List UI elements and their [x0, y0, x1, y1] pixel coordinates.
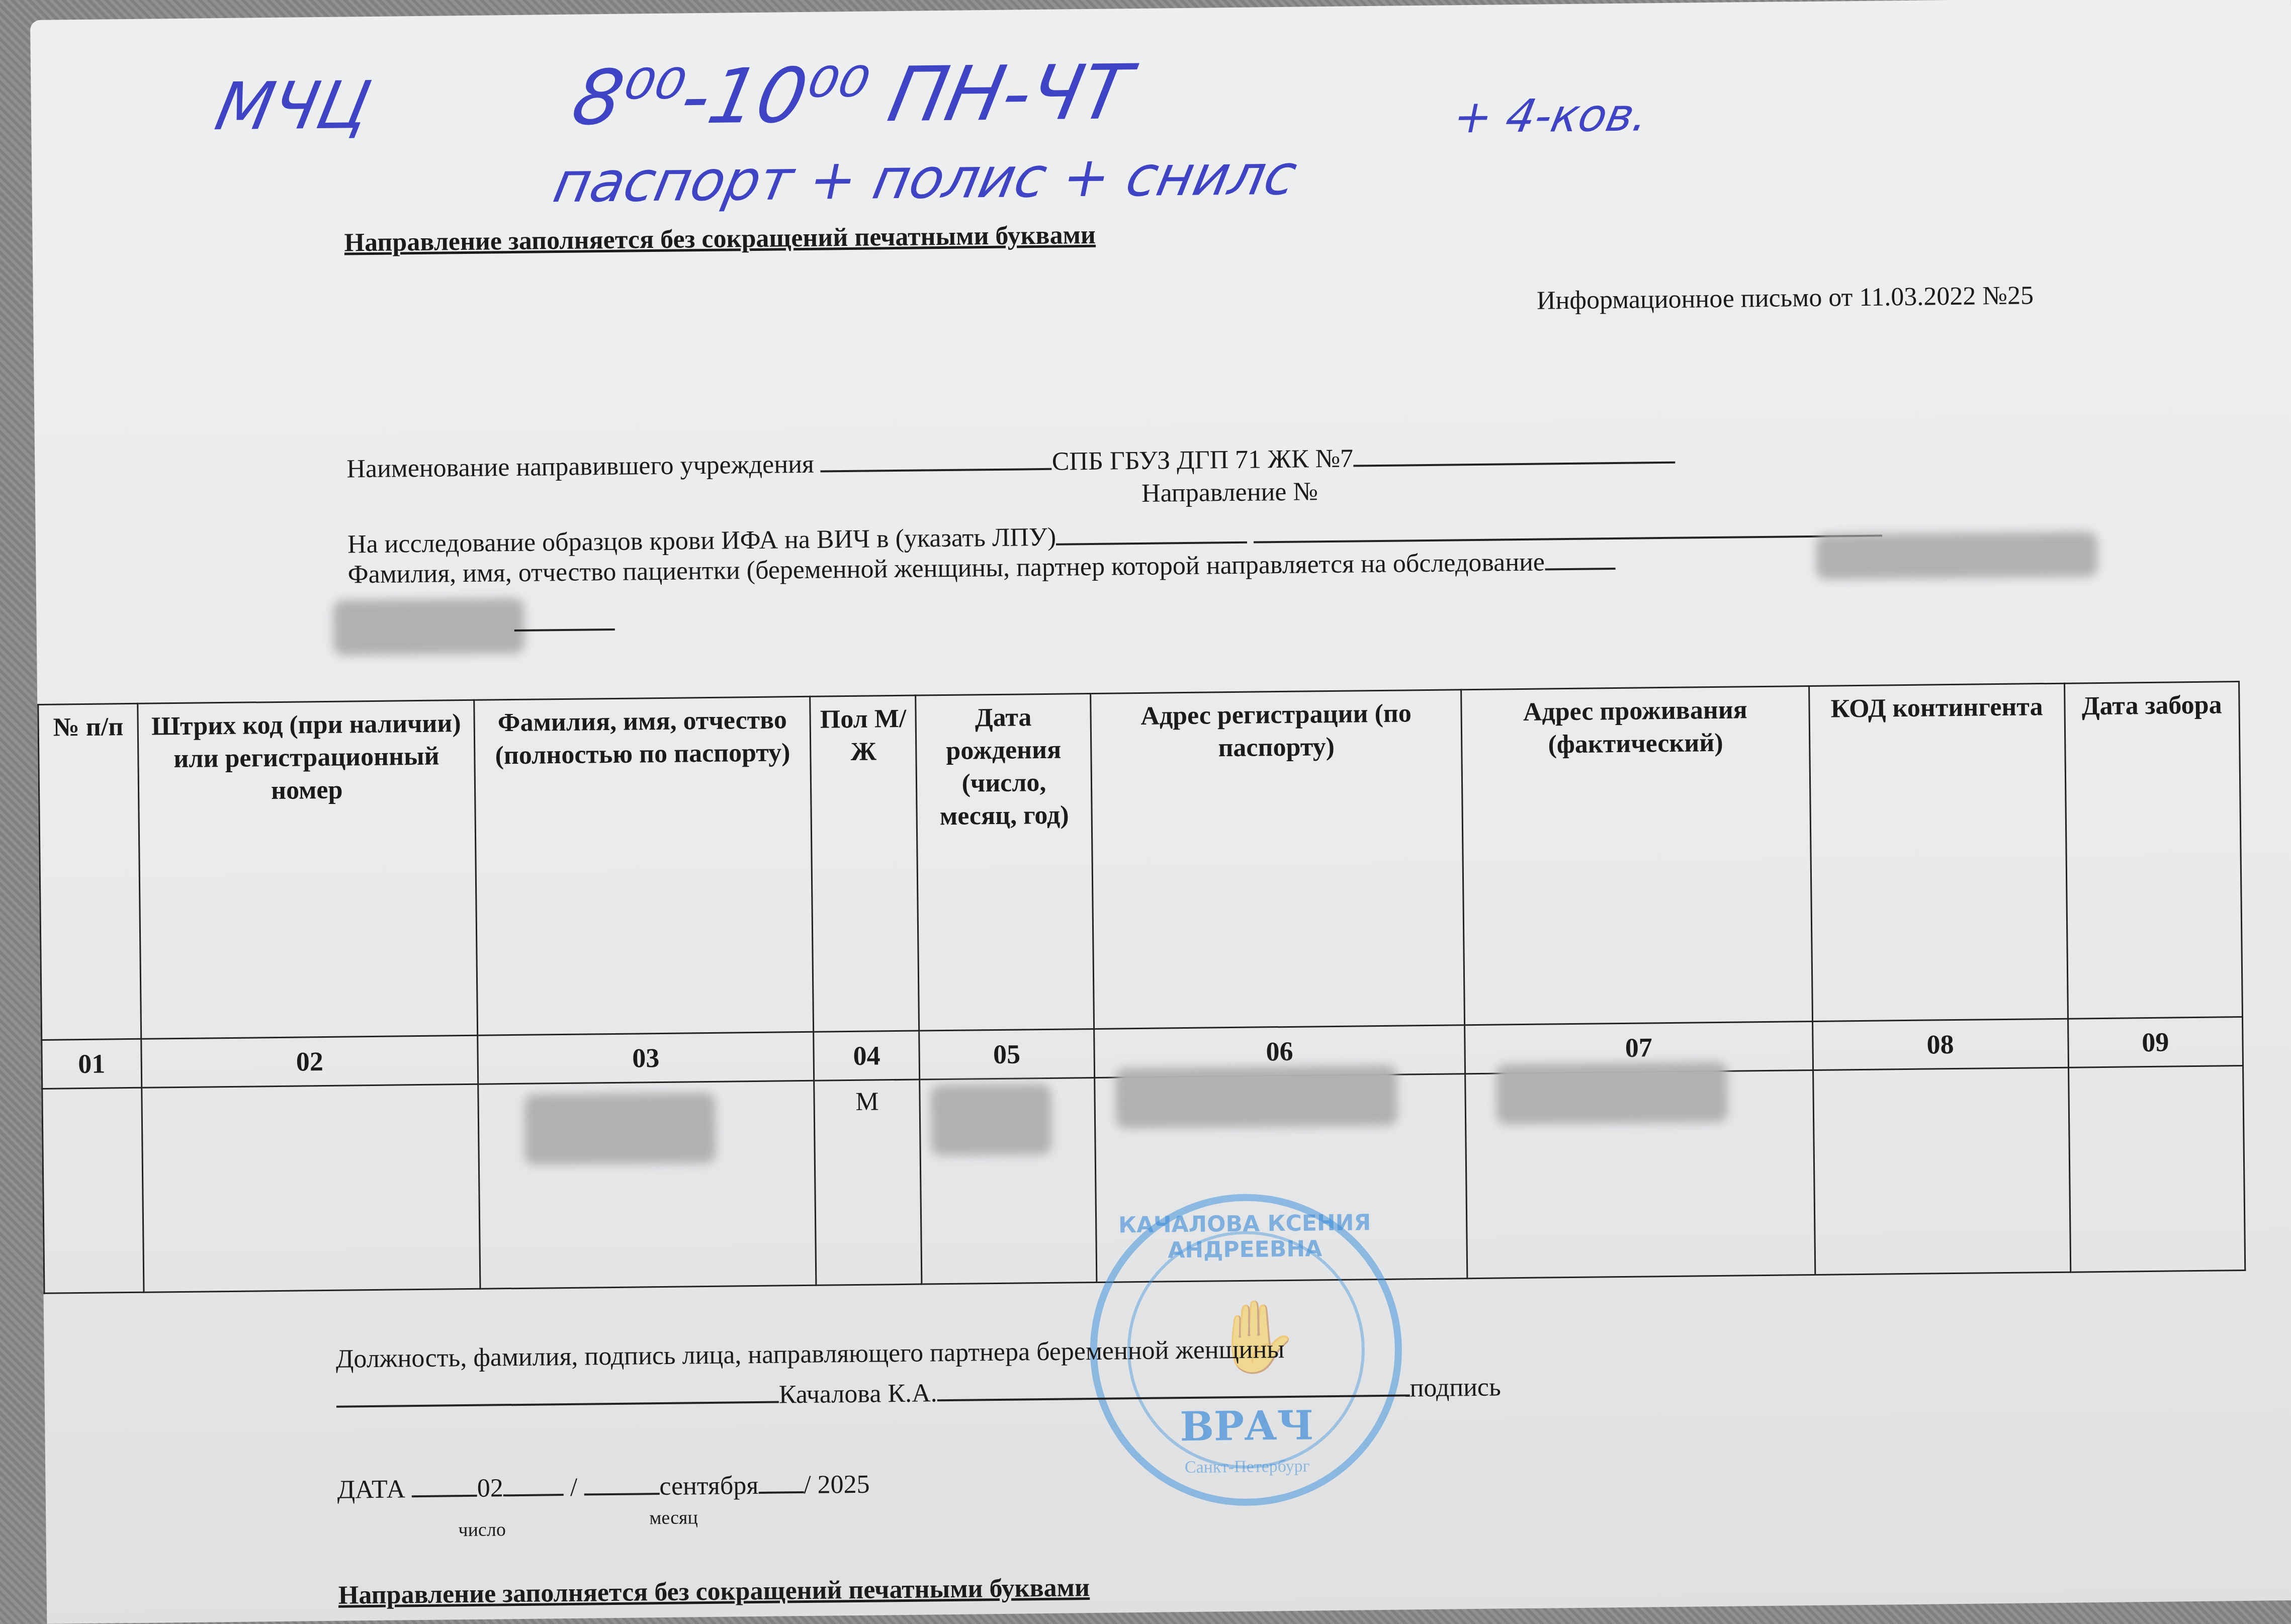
- col-num: 09: [2068, 1017, 2243, 1068]
- header-instruction: Направление заполняется без сокращений п…: [344, 220, 1096, 258]
- patient-table: № п/п Штрих код (при наличии) или регист…: [37, 681, 2246, 1294]
- cell-barcode[interactable]: [142, 1084, 480, 1292]
- table-header-row: № п/п Штрих код (при наличии) или регист…: [38, 682, 2243, 1040]
- col-header-sample-date: Дата забора: [2064, 682, 2242, 1019]
- handwritten-documents: паспорт + полис + снилс: [549, 143, 1302, 215]
- redacted-patient-name-cont: [333, 598, 524, 656]
- stamp-city: Санкт-Петербург: [1098, 1456, 1396, 1478]
- date-day[interactable]: 02: [477, 1474, 504, 1503]
- signer-name: Качалова К.А.: [778, 1379, 937, 1409]
- col-header-contingent-code: КОД контингента: [1809, 683, 2068, 1021]
- institution-blank-right: [1353, 462, 1675, 467]
- handwritten-hours: 8⁰⁰-10⁰⁰ ПН-ЧТ: [565, 49, 1137, 142]
- cell-birth-date[interactable]: [920, 1077, 1097, 1284]
- col-header-actual-address: Адрес проживания (фактический): [1461, 686, 1812, 1025]
- handwritten-code: МЧЦ: [209, 67, 377, 145]
- institution-value[interactable]: СПБ ГБУЗ ДГП 71 ЖК №7: [1051, 444, 1353, 476]
- col-header-full-name: Фамилия, имя, отчество (полностью по пас…: [474, 696, 814, 1035]
- date-separator-2: /: [804, 1471, 811, 1499]
- redacted-full-name: [524, 1093, 716, 1165]
- patient-blank-cont: [514, 607, 615, 638]
- col-header-birth-date: Дата рождения (число, месяц, год): [916, 693, 1094, 1031]
- redacted-birth-date: [931, 1084, 1052, 1156]
- col-num: 03: [478, 1032, 815, 1084]
- stamp-role: ВРАЧ: [1098, 1401, 1396, 1451]
- institution-label: Наименование направившего учреждения: [346, 450, 814, 484]
- month-caption: месяц: [649, 1506, 698, 1529]
- position-blank[interactable]: [336, 1401, 779, 1408]
- col-num: 02: [141, 1035, 478, 1088]
- institution-blank-left: [821, 468, 1052, 473]
- research-blank-1: [1056, 542, 1247, 546]
- referral-number-label: Направление №: [1141, 477, 1318, 508]
- handwritten-extra: + 4-ков.: [1449, 88, 1653, 143]
- col-num: 04: [814, 1031, 920, 1080]
- cell-sample-date[interactable]: [2068, 1066, 2245, 1273]
- date-label: ДАТА: [337, 1475, 405, 1504]
- cell-actual-address[interactable]: [1465, 1070, 1815, 1278]
- col-num: 08: [1812, 1019, 2068, 1070]
- cell-index[interactable]: [42, 1088, 144, 1293]
- col-header-index: № п/п: [38, 703, 141, 1040]
- institution-row: Наименование направившего учреждения СПБ…: [346, 440, 1675, 484]
- cell-full-name[interactable]: [478, 1080, 817, 1289]
- redacted-actual-address: [1496, 1062, 1728, 1125]
- cell-sex[interactable]: М: [814, 1079, 922, 1285]
- info-letter: Информационное письмо от 11.03.2022 №25: [1537, 281, 2034, 315]
- col-header-sex: Пол М/Ж: [810, 695, 919, 1032]
- col-num: 05: [919, 1029, 1094, 1079]
- day-caption: число: [458, 1518, 506, 1541]
- patient-blank[interactable]: [1545, 568, 1615, 570]
- redacted-reg-address: [1115, 1065, 1397, 1129]
- date-month[interactable]: сентября: [659, 1471, 759, 1501]
- signature-caption: подпись: [1409, 1373, 1501, 1403]
- referral-number-row: Направление №: [1141, 477, 1318, 508]
- date-row: ДАТА 02 / сентября/ 2025: [337, 1470, 870, 1505]
- referral-form-sheet: МЧЦ 8⁰⁰-10⁰⁰ ПН-ЧТ паспорт + полис + сни…: [30, 0, 2291, 1624]
- col-num: 01: [42, 1039, 142, 1089]
- col-header-barcode: Штрих код (при наличии) или регистрацион…: [138, 700, 477, 1039]
- redacted-patient-name: [1816, 531, 2098, 580]
- date-separator-1: /: [570, 1473, 578, 1502]
- research-blank-2[interactable]: [1254, 534, 1882, 543]
- signature-blank[interactable]: [937, 1394, 1410, 1401]
- date-year[interactable]: 2025: [817, 1470, 870, 1499]
- cell-contingent-code[interactable]: [1813, 1067, 2070, 1275]
- col-header-reg-address: Адрес регистрации (по паспорту): [1090, 690, 1464, 1029]
- stamp-name: КАЧАЛОВА КСЕНИЯ АНДРЕЕВНА: [1096, 1210, 1394, 1264]
- footer-instruction: Направление заполняется без сокращений п…: [338, 1573, 1090, 1610]
